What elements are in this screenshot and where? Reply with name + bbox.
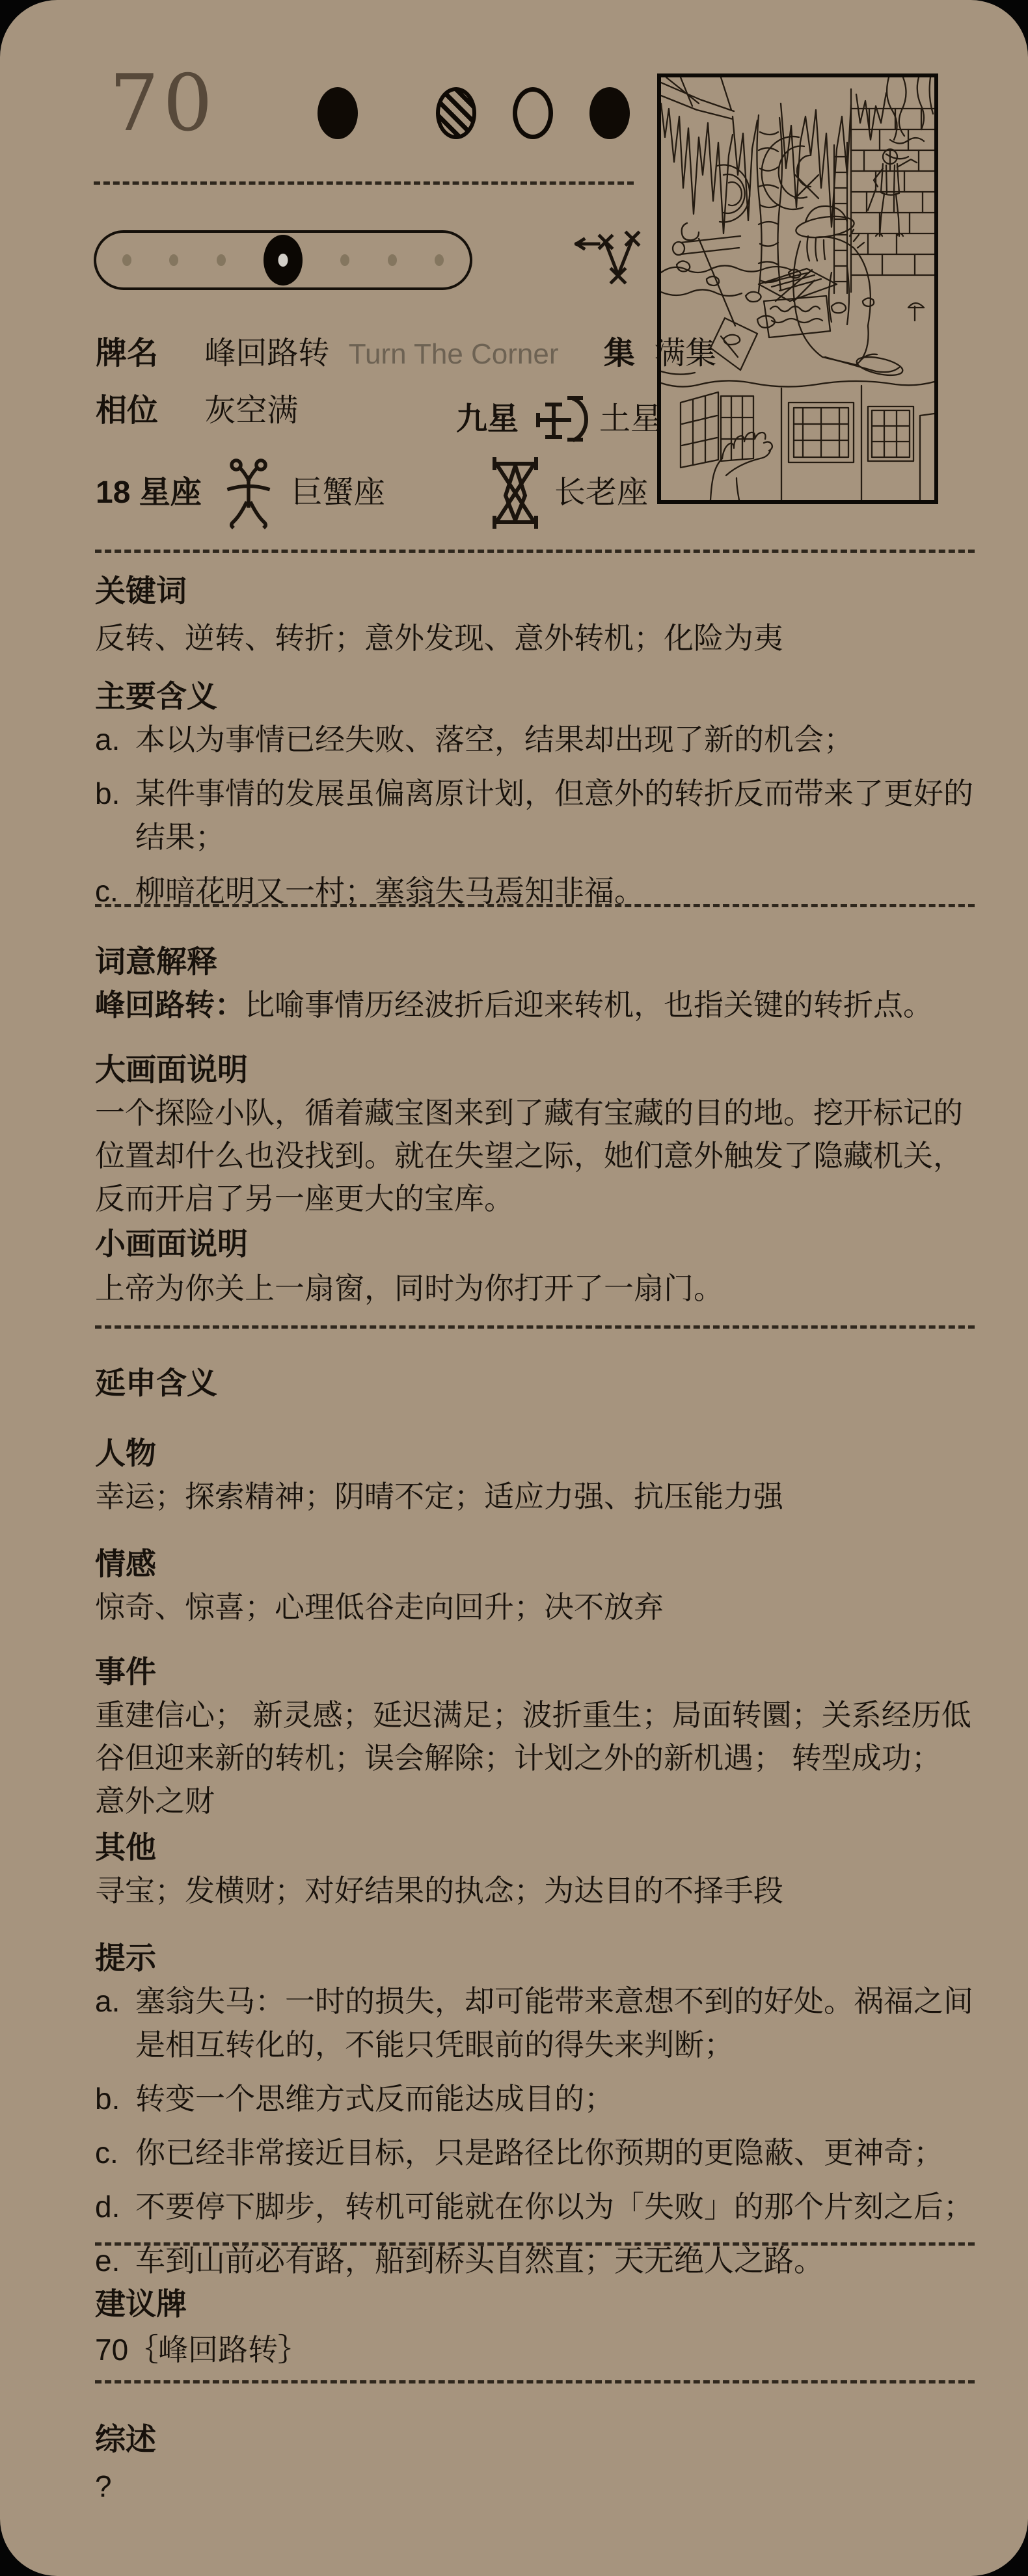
list-item: c.你已经非常接近目标，只是路径比你预期的更隐蔽、更神奇；: [95, 2131, 975, 2175]
small-picture-title: 小画面说明: [95, 1223, 975, 1266]
slot-hatched-icon: [436, 87, 476, 139]
summary-title: 综述: [95, 2418, 975, 2461]
progress-dot[interactable]: [435, 254, 444, 266]
progress-dot[interactable]: [388, 254, 397, 266]
section-summary: 综述 ?: [95, 2418, 975, 2508]
item-text: 转变一个思维方式反而能达成目的；: [135, 2077, 975, 2121]
progress-dot-active[interactable]: [264, 235, 303, 285]
set-label: 集: [604, 336, 635, 371]
section-big-picture: 大画面说明 一个探险小队，循着藏宝图来到了藏有宝藏的目的地。挖开标记的位置却什么…: [95, 1048, 975, 1220]
tips-list: a.塞翁失马：一时的损失，却可能带来意想不到的好处。祸福之间是相互转化的，不能只…: [95, 1980, 975, 2283]
phase-value: 灰空满: [204, 393, 298, 428]
section-divider: [95, 2380, 975, 2383]
crab-icon: [217, 457, 280, 529]
section-divider: [95, 550, 975, 553]
other-title: 其他: [95, 1826, 975, 1869]
section-small-picture: 小画面说明 上帝为你关上一扇窗，同时为你打开了一扇门。: [95, 1223, 975, 1310]
item-marker: b.: [95, 2077, 135, 2121]
section-advice: 建议牌 70｛峰回路转｝: [95, 2283, 975, 2371]
section-emotion: 情感 惊奇、惊喜；心理低谷走向回升；决不放弃: [95, 1543, 975, 1628]
keywords-title: 关键词: [95, 570, 975, 613]
list-item: b.转变一个思维方式反而能达成目的；: [95, 2077, 975, 2121]
summary-body: ?: [95, 2465, 975, 2508]
slot-indicators: [318, 87, 630, 139]
slot-filled-icon: [318, 87, 358, 139]
advice-title: 建议牌: [95, 2283, 975, 2326]
tips-title: 提示: [95, 1937, 975, 1980]
big-picture-title: 大画面说明: [95, 1048, 975, 1091]
name-value: 峰回路转: [204, 336, 329, 371]
item-marker: a.: [95, 1980, 135, 2067]
saturn-icon: [533, 392, 590, 447]
small-picture-body: 上帝为你关上一扇窗，同时为你打开了一扇门。: [95, 1267, 975, 1310]
event-title: 事件: [95, 1651, 975, 1693]
name-label: 牌名: [96, 336, 158, 371]
hourglass-icon: [489, 457, 541, 529]
other-body: 寻宝；发横财；对好结果的执念；为达目的不择手段: [95, 1869, 975, 1912]
item-marker: c.: [95, 2131, 135, 2175]
item-text: 柳暗花明又一村；塞翁失马焉知非福。: [135, 870, 975, 913]
section-person: 人物 幸运；探索精神；阴晴不定；适应力强、抗压能力强: [95, 1432, 975, 1518]
item-marker: a.: [95, 718, 135, 762]
ninestar-value: 土星: [599, 400, 662, 439]
progress-carousel[interactable]: [94, 230, 472, 290]
extended-title: 延申含义: [95, 1362, 975, 1405]
section-other: 其他 寻宝；发横财；对好结果的执念；为达目的不择手段: [95, 1826, 975, 1912]
row-ninestar: 九星 土星: [456, 392, 662, 447]
row-phase: 相位 灰空满: [96, 392, 298, 431]
progress-dot[interactable]: [169, 254, 178, 266]
item-text: 本以为事情已经失败、落空，结果却出现了新的机会；: [135, 718, 975, 762]
name-value-en: Turn The Corner: [349, 338, 559, 370]
row-zodiac: 18 星座 巨蟹座: [96, 457, 385, 529]
word-text: 比喻事情历经波折后迎来转机，也指关键的转折点。: [245, 988, 933, 1022]
person-title: 人物: [95, 1432, 975, 1475]
list-item: b.某件事情的发展虽偏离原计划，但意外的转折反而带来了更好的结果；: [95, 772, 975, 859]
slot-outline-icon: [513, 87, 553, 139]
elder-value: 长老座: [554, 473, 648, 512]
zodiac-value: 巨蟹座: [291, 473, 385, 512]
main-meaning-list: a.本以为事情已经失败、落空，结果却出现了新的机会； b.某件事情的发展虽偏离原…: [95, 718, 975, 913]
item-text: 塞翁失马：一时的损失，却可能带来意想不到的好处。祸福之间是相互转化的，不能只凭眼…: [135, 1980, 975, 2067]
word-explain-title: 词意解释: [95, 940, 975, 983]
list-item: e.车到山前必有路，船到桥头自然直；天无绝人之路。: [95, 2239, 975, 2283]
header-divider: [94, 181, 634, 185]
list-item: c.柳暗花明又一村；塞翁失马焉知非福。: [95, 870, 975, 913]
card-number: 70: [109, 65, 217, 143]
section-tips: 提示 a.塞翁失马：一时的损失，却可能带来意想不到的好处。祸福之间是相互转化的，…: [95, 1937, 975, 2293]
section-main-meaning: 主要含义 a.本以为事情已经失败、落空，结果却出现了新的机会； b.某件事情的发…: [95, 675, 975, 923]
row-elder: 长老座: [489, 457, 648, 529]
event-body: 重建信心； 新灵感；延迟满足；波折重生；局面转圜；关系经历低谷但迎来新的转机；误…: [95, 1693, 975, 1822]
big-picture-body: 一个探险小队，循着藏宝图来到了藏有宝藏的目的地。挖开标记的位置却什么也没找到。就…: [95, 1091, 975, 1220]
progress-dot[interactable]: [217, 254, 226, 266]
zodiac-label: 18 星座: [96, 473, 202, 512]
main-meaning-title: 主要含义: [95, 675, 975, 718]
section-divider: [95, 1325, 975, 1329]
phase-label: 相位: [96, 393, 158, 428]
word-explain-body: 峰回路转：比喻事情历经波折后迎来转机，也指关键的转折点。: [95, 983, 975, 1026]
item-marker: d.: [95, 2185, 135, 2229]
keywords-body: 反转、逆转、转折；意外发现、意外转机；化险为夷: [95, 617, 975, 659]
section-keywords: 关键词 反转、逆转、转折；意外发现、意外转机；化险为夷: [95, 570, 975, 659]
advice-body: 70｛峰回路转｝: [95, 2328, 975, 2371]
ninestar-label: 九星: [456, 400, 519, 439]
section-word-explain: 词意解释 峰回路转：比喻事情历经波折后迎来转机，也指关键的转折点。: [95, 940, 975, 1026]
item-marker: e.: [95, 2239, 135, 2283]
slot-filled-icon: [589, 87, 630, 139]
card-illustration: [657, 73, 938, 504]
list-item: a.塞翁失马：一时的损失，却可能带来意想不到的好处。祸福之间是相互转化的，不能只…: [95, 1980, 975, 2067]
person-body: 幸运；探索精神；阴晴不定；适应力强、抗压能力强: [95, 1475, 975, 1518]
section-event: 事件 重建信心； 新灵感；延迟满足；波折重生；局面转圜；关系经历低谷但迎来新的转…: [95, 1651, 975, 1822]
row-card-name: 牌名 峰回路转 Turn The Corner 集 满集: [96, 334, 716, 374]
card-page: 70 牌名 峰回路转 Turn The Corner 集 满集 相位 灰空满 九…: [0, 0, 1028, 2576]
emotion-title: 情感: [95, 1543, 975, 1586]
rune-icon: [571, 226, 644, 289]
item-text: 你已经非常接近目标，只是路径比你预期的更隐蔽、更神奇；: [135, 2131, 975, 2175]
item-marker: c.: [95, 870, 135, 913]
item-text: 不要停下脚步，转机可能就在你以为「失败」的那个片刻之后；: [135, 2185, 975, 2229]
treasure-scene-drawing: [661, 77, 934, 500]
word-term: 峰回路转：: [95, 988, 245, 1022]
progress-dot[interactable]: [340, 254, 349, 266]
item-text: 某件事情的发展虽偏离原计划，但意外的转折反而带来了更好的结果；: [135, 772, 975, 859]
list-item: a.本以为事情已经失败、落空，结果却出现了新的机会；: [95, 718, 975, 762]
emotion-body: 惊奇、惊喜；心理低谷走向回升；决不放弃: [95, 1586, 975, 1628]
progress-dot[interactable]: [122, 254, 131, 266]
item-text: 车到山前必有路，船到桥头自然直；天无绝人之路。: [135, 2239, 975, 2283]
item-marker: b.: [95, 772, 135, 859]
list-item: d.不要停下脚步，转机可能就在你以为「失败」的那个片刻之后；: [95, 2185, 975, 2229]
